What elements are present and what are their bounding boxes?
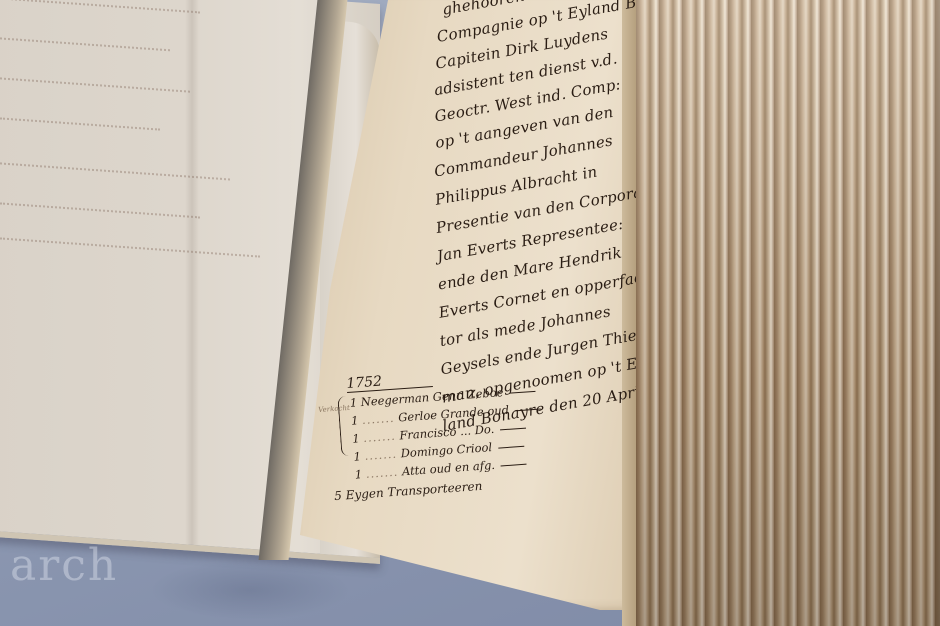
watermark: arch: [10, 540, 118, 591]
bleed-through-line: [0, 0, 200, 13]
bleed-through-line: [0, 37, 170, 51]
bleed-through-line: [0, 237, 260, 257]
ledger-entries: 1752 Verkocht 1 Neegerman Genr. Zeboe 1 …: [318, 361, 567, 517]
edge-shadow: [930, 0, 940, 626]
bleed-through-line: [0, 117, 160, 130]
bleed-through-line: [0, 202, 200, 218]
ledger-total: 5 Eygen Transporteeren: [334, 479, 483, 503]
manuscript-photo: ghehoorende deWest ind: Compagnie op 't …: [0, 0, 940, 626]
cloth-fold: [150, 560, 350, 620]
bleed-through-line: [0, 77, 190, 92]
book-fore-edge: [636, 0, 940, 626]
page-fold: [185, 0, 199, 545]
